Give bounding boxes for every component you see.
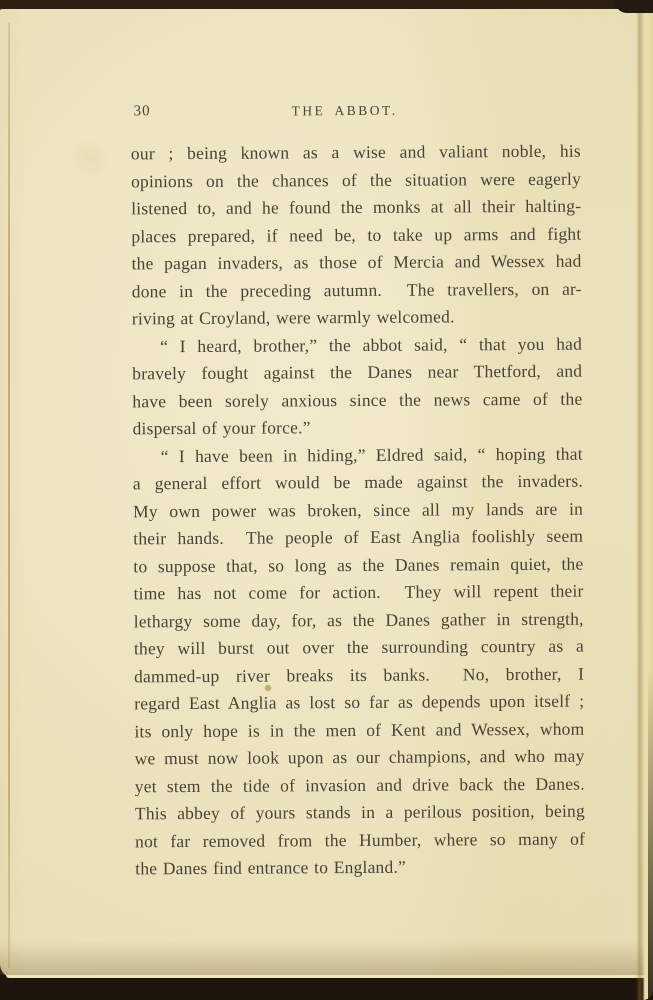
text-line: done in the preceding autumn. The travel…: [132, 275, 582, 305]
text-line: have been sorely anxious since the news …: [132, 385, 582, 415]
running-title: THE ABBOT.: [131, 102, 559, 121]
text-line: they will burst out over the surrounding…: [134, 633, 584, 663]
text-line: a general effort would be made against t…: [133, 468, 583, 498]
text-line: dammed-up river breaks its banks. No, br…: [134, 660, 584, 690]
top-right-corner-shadow: [615, 0, 653, 13]
text-line: bravely fought against the Danes near Th…: [132, 358, 582, 388]
page-content: 30 THE ABBOT. our ; being known as a wis…: [130, 8, 580, 11]
text-line: places prepared, if need be, to take up …: [131, 220, 581, 250]
paragraph: our ; being known as a wise and valiant …: [131, 138, 582, 333]
text-line: regard East Anglia as lost so far as dep…: [134, 688, 584, 718]
text-line: listened to, and he found the monks at a…: [131, 193, 581, 223]
text-line: This abbey of yours stands in a perilous…: [135, 798, 585, 828]
book-scan-photo: 30 THE ABBOT. our ; being known as a wis…: [0, 0, 653, 1000]
bottom-right-edge-shadow: [648, 670, 653, 1000]
text-line: the Danes find entrance to England.”: [135, 853, 585, 883]
text-line: “ I heard, brother,” the abbot said, “ t…: [132, 330, 582, 360]
text-block: our ; being known as a wise and valiant …: [131, 138, 586, 883]
text-line: time has not come for action. They will …: [133, 578, 583, 608]
text-line: their hands. The people of East Anglia f…: [133, 523, 583, 553]
page-header: 30 THE ABBOT.: [131, 101, 581, 124]
text-line: “ I have been in hiding,” Eldred said, “…: [133, 440, 583, 470]
text-line: My own power was broken, since all my la…: [133, 495, 583, 525]
text-line: lethargy some day, for, as the Danes gat…: [134, 605, 584, 635]
text-line: opinions on the chances of the situation…: [131, 165, 581, 195]
text-line: its only hope is in the men of Kent and …: [134, 715, 584, 745]
book-page: 30 THE ABBOT. our ; being known as a wis…: [0, 9, 653, 978]
text-line: dispersal of your force.”: [132, 413, 582, 443]
text-line: riving at Croyland, were warmly welcomed…: [132, 303, 582, 333]
paragraph: “ I heard, brother,” the abbot said, “ t…: [132, 330, 583, 443]
text-line: yet stem the tide of invasion and drive …: [135, 770, 585, 800]
bottom-page-edge: [6, 975, 645, 978]
left-gutter-edge: [8, 23, 10, 968]
bottom-page-shade: [0, 941, 653, 975]
text-line: the pagan invaders, as those of Mercia a…: [131, 248, 581, 278]
text-line: our ; being known as a wise and valiant …: [131, 138, 581, 168]
text-line: we must now look upon as our champions, …: [134, 743, 584, 773]
paragraph: “ I have been in hiding,” Eldred said, “…: [133, 440, 586, 883]
text-line: to suppose that, so long as the Danes re…: [133, 550, 583, 580]
text-line: not far removed from the Humber, where s…: [135, 825, 585, 855]
